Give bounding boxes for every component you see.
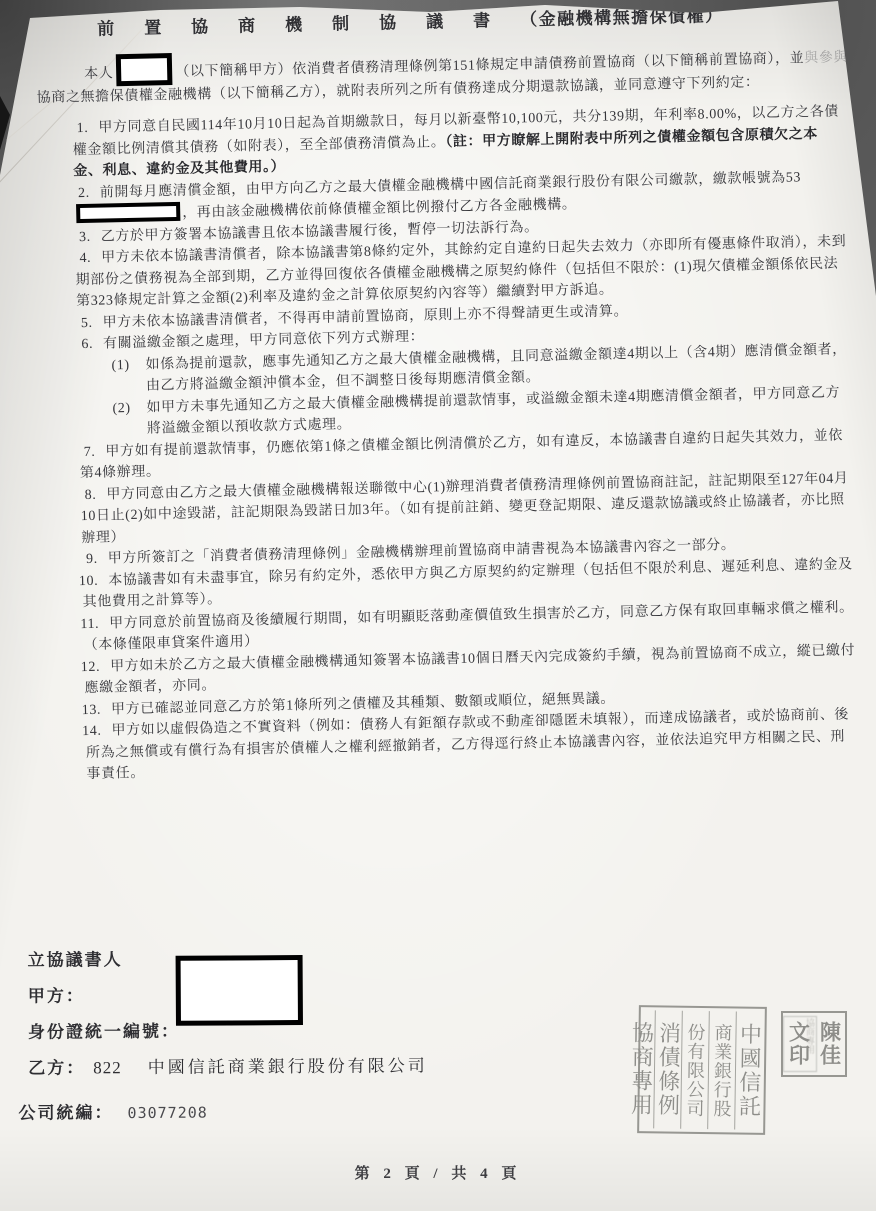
page-number-footer: 第 2 頁 / 共 4 頁 — [0, 1162, 876, 1183]
signature-maker-label: 立協議書人 — [27, 942, 587, 970]
redaction-box-name — [116, 53, 173, 86]
subitem-number: (2) — [112, 398, 131, 420]
scanned-document-photo: 前置協商機制協議書（金融機構無擔保債權） 本人（以下簡稱甲方）依消費者債務清理條… — [0, 0, 876, 1211]
clause-number: 13. — [65, 699, 101, 721]
id-number-label: 身份證統一編號： — [28, 1022, 180, 1042]
name-seal-column: 陳佳 — [819, 1021, 841, 1067]
company-seal-column: 商業銀行股 — [707, 1011, 736, 1129]
document-body: 前置協商機制協議書（金融機構無擔保債權） 本人（以下簡稱甲方）依消費者債務清理條… — [35, 2, 876, 786]
signature-block: 立協議書人 甲方： 身份證統一編號： 乙方：822中國信託商業銀行股份有限公司 … — [27, 931, 588, 1123]
id-number-line: 身份證統一編號： — [28, 1014, 588, 1042]
clause-number: 12. — [64, 656, 100, 678]
paper-sheet: 前置協商機制協議書（金融機構無擔保債權） 本人（以下簡稱甲方）依消費者債務清理條… — [0, 0, 876, 1211]
personal-name-seal-stamp: 陳佳 文印 — [781, 1011, 847, 1077]
clause-number: 11. — [63, 613, 99, 635]
company-id-label: 公司統編： — [18, 1103, 113, 1123]
clause-number: 5. — [56, 312, 92, 334]
intro-lead: 本人 — [84, 66, 114, 82]
company-id-line: 公司統編：03077208 — [18, 1095, 588, 1123]
party-a-line: 甲方： — [28, 978, 588, 1006]
company-id-value: 03077208 — [127, 1104, 207, 1122]
clause-number: 14. — [65, 721, 101, 743]
company-seal-column: 份有限公司 — [680, 1011, 709, 1129]
party-b-line: 乙方：822中國信託商業銀行股份有限公司 — [28, 1050, 588, 1078]
company-seal-stamp: 中國信託 商業銀行股 份有限公司 消債條例 協商專用 — [637, 1005, 767, 1135]
intro-paragraph: 本人（以下簡稱甲方）依消費者債務清理條例第151條規定申請債務前置協商（以下簡稱… — [36, 38, 861, 109]
party-b-bank-name: 中國信託商業銀行股份有限公司 — [148, 1056, 428, 1077]
intro-faded-text: 與參與 — [804, 50, 848, 66]
clause-number: 10. — [62, 570, 98, 592]
company-seal-column: 中國信託 — [734, 1011, 763, 1129]
redaction-box-signature — [176, 955, 303, 1026]
company-seal-column: 協商專用 — [627, 1010, 655, 1128]
clause-number: 6. — [57, 334, 93, 356]
clause-number: 4. — [55, 248, 91, 270]
party-b-bank-code: 822 — [93, 1058, 122, 1077]
clause-number: 2. — [54, 182, 90, 204]
clause-number: 7. — [59, 441, 95, 463]
title-main: 前置協商機制協議書 — [97, 10, 520, 38]
name-seal-column: 文印 — [788, 1021, 810, 1067]
company-seal-column: 消債條例 — [653, 1010, 682, 1128]
clause-number: 8. — [60, 484, 96, 506]
document-title: 前置協商機制協議書（金融機構無擔保債權） — [97, 2, 859, 40]
clause-list: 1.甲方同意自民國114年10月10日起為首期繳款日，每月以新臺幣10,100元… — [52, 101, 858, 786]
clause-number: 3. — [55, 226, 91, 248]
clause-number: 9. — [62, 549, 98, 571]
party-a-label: 甲方： — [28, 986, 85, 1005]
subitem-number: (1) — [111, 355, 130, 377]
clause-number: 1. — [52, 118, 88, 140]
redaction-box-account — [76, 202, 180, 223]
title-suffix: （金融機構無擔保債權） — [520, 6, 724, 29]
clause-text: 甲方如以虛假偽造之不實資料（例如：債務人有鉅額存款或不動產卻隱匿未填報），而達成… — [86, 707, 849, 782]
party-b-label: 乙方： — [28, 1058, 85, 1077]
